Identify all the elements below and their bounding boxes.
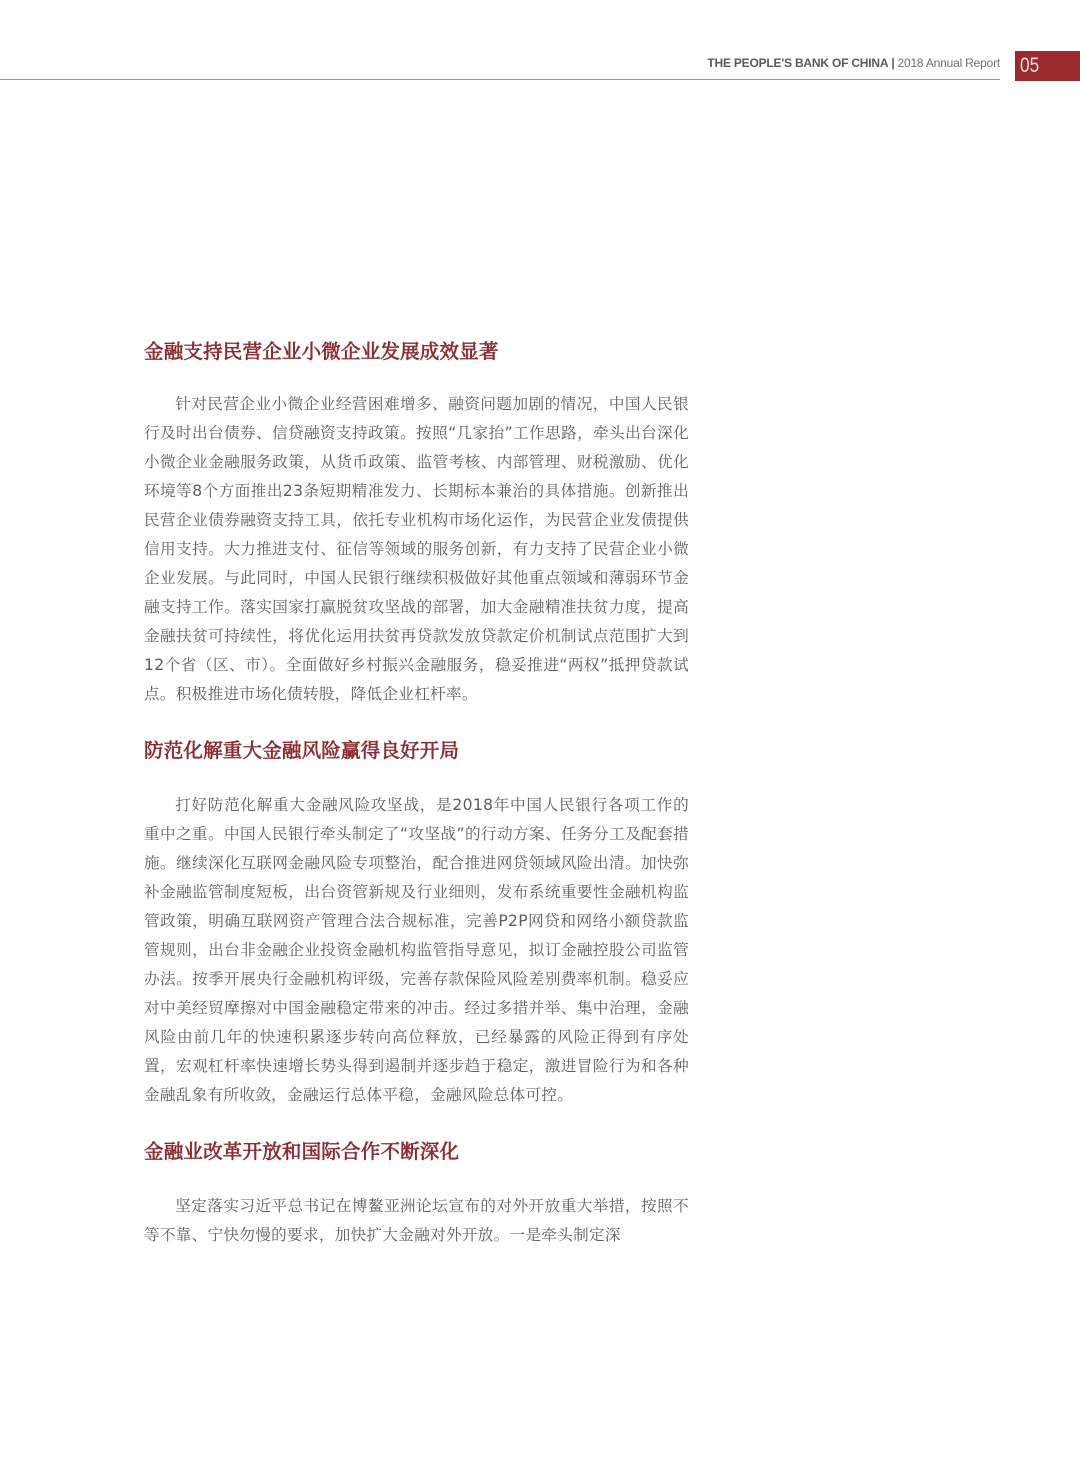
article-body: 金融支持民营企业小微企业发展成效显著 针对民营企业小微企业经营困难增多、融资问题… [144, 336, 689, 1250]
header-separator: | [891, 56, 894, 70]
page-number-badge: 05 [1015, 51, 1080, 81]
section-paragraph-private-sme-support: 针对民营企业小微企业经营困难增多、融资问题加剧的情况，中国人民银行及时出台债券、… [144, 390, 689, 709]
running-header: THE PEOPLE'S BANK OF CHINA|2018 Annual R… [707, 56, 1000, 70]
section-title-reform-opening: 金融业改革开放和国际合作不断深化 [144, 1136, 689, 1168]
section-title-private-sme-support: 金融支持民营企业小微企业发展成效显著 [144, 336, 689, 368]
section-paragraph-reform-opening: 坚定落实习近平总书记在博鳌亚洲论坛宣布的对外开放重大举措，按照不等不靠、宁快勿慢… [144, 1192, 689, 1250]
section-paragraph-risk-prevention: 打好防范化解重大金融风险攻坚战，是2018年中国人民银行各项工作的重中之重。中国… [144, 791, 689, 1110]
section-title-risk-prevention: 防范化解重大金融风险赢得良好开局 [144, 735, 689, 767]
organization-name: THE PEOPLE'S BANK OF CHINA [707, 56, 888, 70]
report-title: 2018 Annual Report [898, 56, 1000, 70]
header-divider [0, 79, 1000, 80]
page-number: 05 [1020, 54, 1039, 78]
